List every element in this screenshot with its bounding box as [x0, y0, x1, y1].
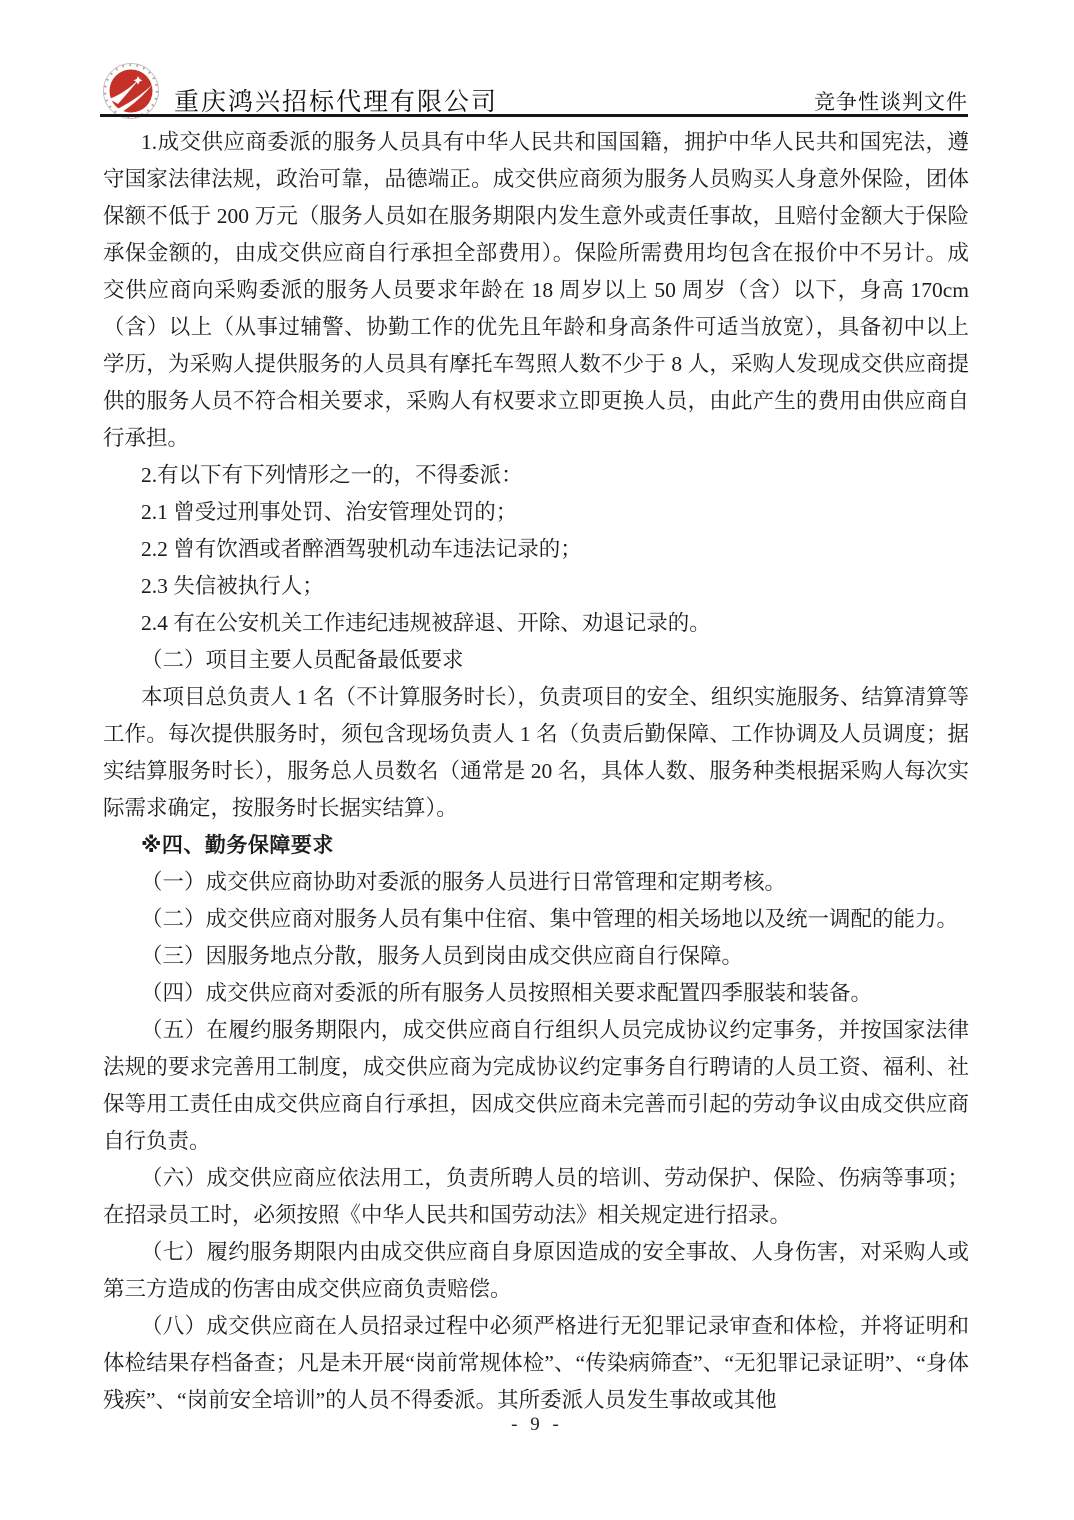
paragraph: 2.4 有在公安机关工作违纪违规被辞退、开除、劝退记录的。 [103, 605, 969, 642]
paragraph: 2.2 曾有饮酒或者醉酒驾驶机动车违法记录的； [103, 531, 969, 568]
paragraph: （四）成交供应商对委派的所有服务人员按照相关要求配置四季服装和装备。 [103, 975, 969, 1012]
page-number: - 9 - [0, 1414, 1074, 1436]
paragraph: 2.有以下有下列情形之一的，不得委派： [103, 457, 969, 494]
paragraph: （八）成交供应商在人员招录过程中必须严格进行无犯罪记录审查和体检，并将证明和体检… [103, 1308, 969, 1419]
paragraph: （一）成交供应商协助对委派的服务人员进行日常管理和定期考核。 [103, 864, 969, 901]
paragraph: 本项目总负责人 1 名（不计算服务时长），负责项目的安全、组织实施服务、结算清算… [103, 679, 969, 827]
paragraph: （二）成交供应商对服务人员有集中住宿、集中管理的相关场地以及统一调配的能力。 [103, 901, 969, 938]
header-divider [100, 114, 968, 117]
paragraph: 1.成交供应商委派的服务人员具有中华人民共和国国籍，拥护中华人民共和国宪法，遵守… [103, 124, 969, 457]
paragraph: （二）项目主要人员配备最低要求 [103, 642, 969, 679]
document-page: 重庆鸿兴招标代理有限公司 竞争性谈判文件 1.成交供应商委派的服务人员具有中华人… [0, 0, 1074, 1520]
paragraph: 2.3 失信被执行人； [103, 568, 969, 605]
paragraph: （五）在履约服务期限内，成交供应商自行组织人员完成协议约定事务，并按国家法律法规… [103, 1012, 969, 1160]
paragraph: （三）因服务地点分散，服务人员到岗由成交供应商自行保障。 [103, 938, 969, 975]
paragraph: 2.1 曾受过刑事处罚、治安管理处罚的； [103, 494, 969, 531]
document-body: 1.成交供应商委派的服务人员具有中华人民共和国国籍，拥护中华人民共和国宪法，遵守… [103, 124, 969, 1419]
paragraph: （六）成交供应商应依法用工，负责所聘人员的培训、劳动保护、保险、伤病等事项；在招… [103, 1160, 969, 1234]
section-heading: ※四、勤务保障要求 [103, 827, 969, 864]
paragraph: （七）履约服务期限内由成交供应商自身原因造成的安全事故、人身伤害，对采购人或第三… [103, 1234, 969, 1308]
document-type-label: 竞争性谈判文件 [814, 86, 968, 116]
company-logo-icon [102, 62, 160, 120]
company-name: 重庆鸿兴招标代理有限公司 [174, 82, 498, 118]
